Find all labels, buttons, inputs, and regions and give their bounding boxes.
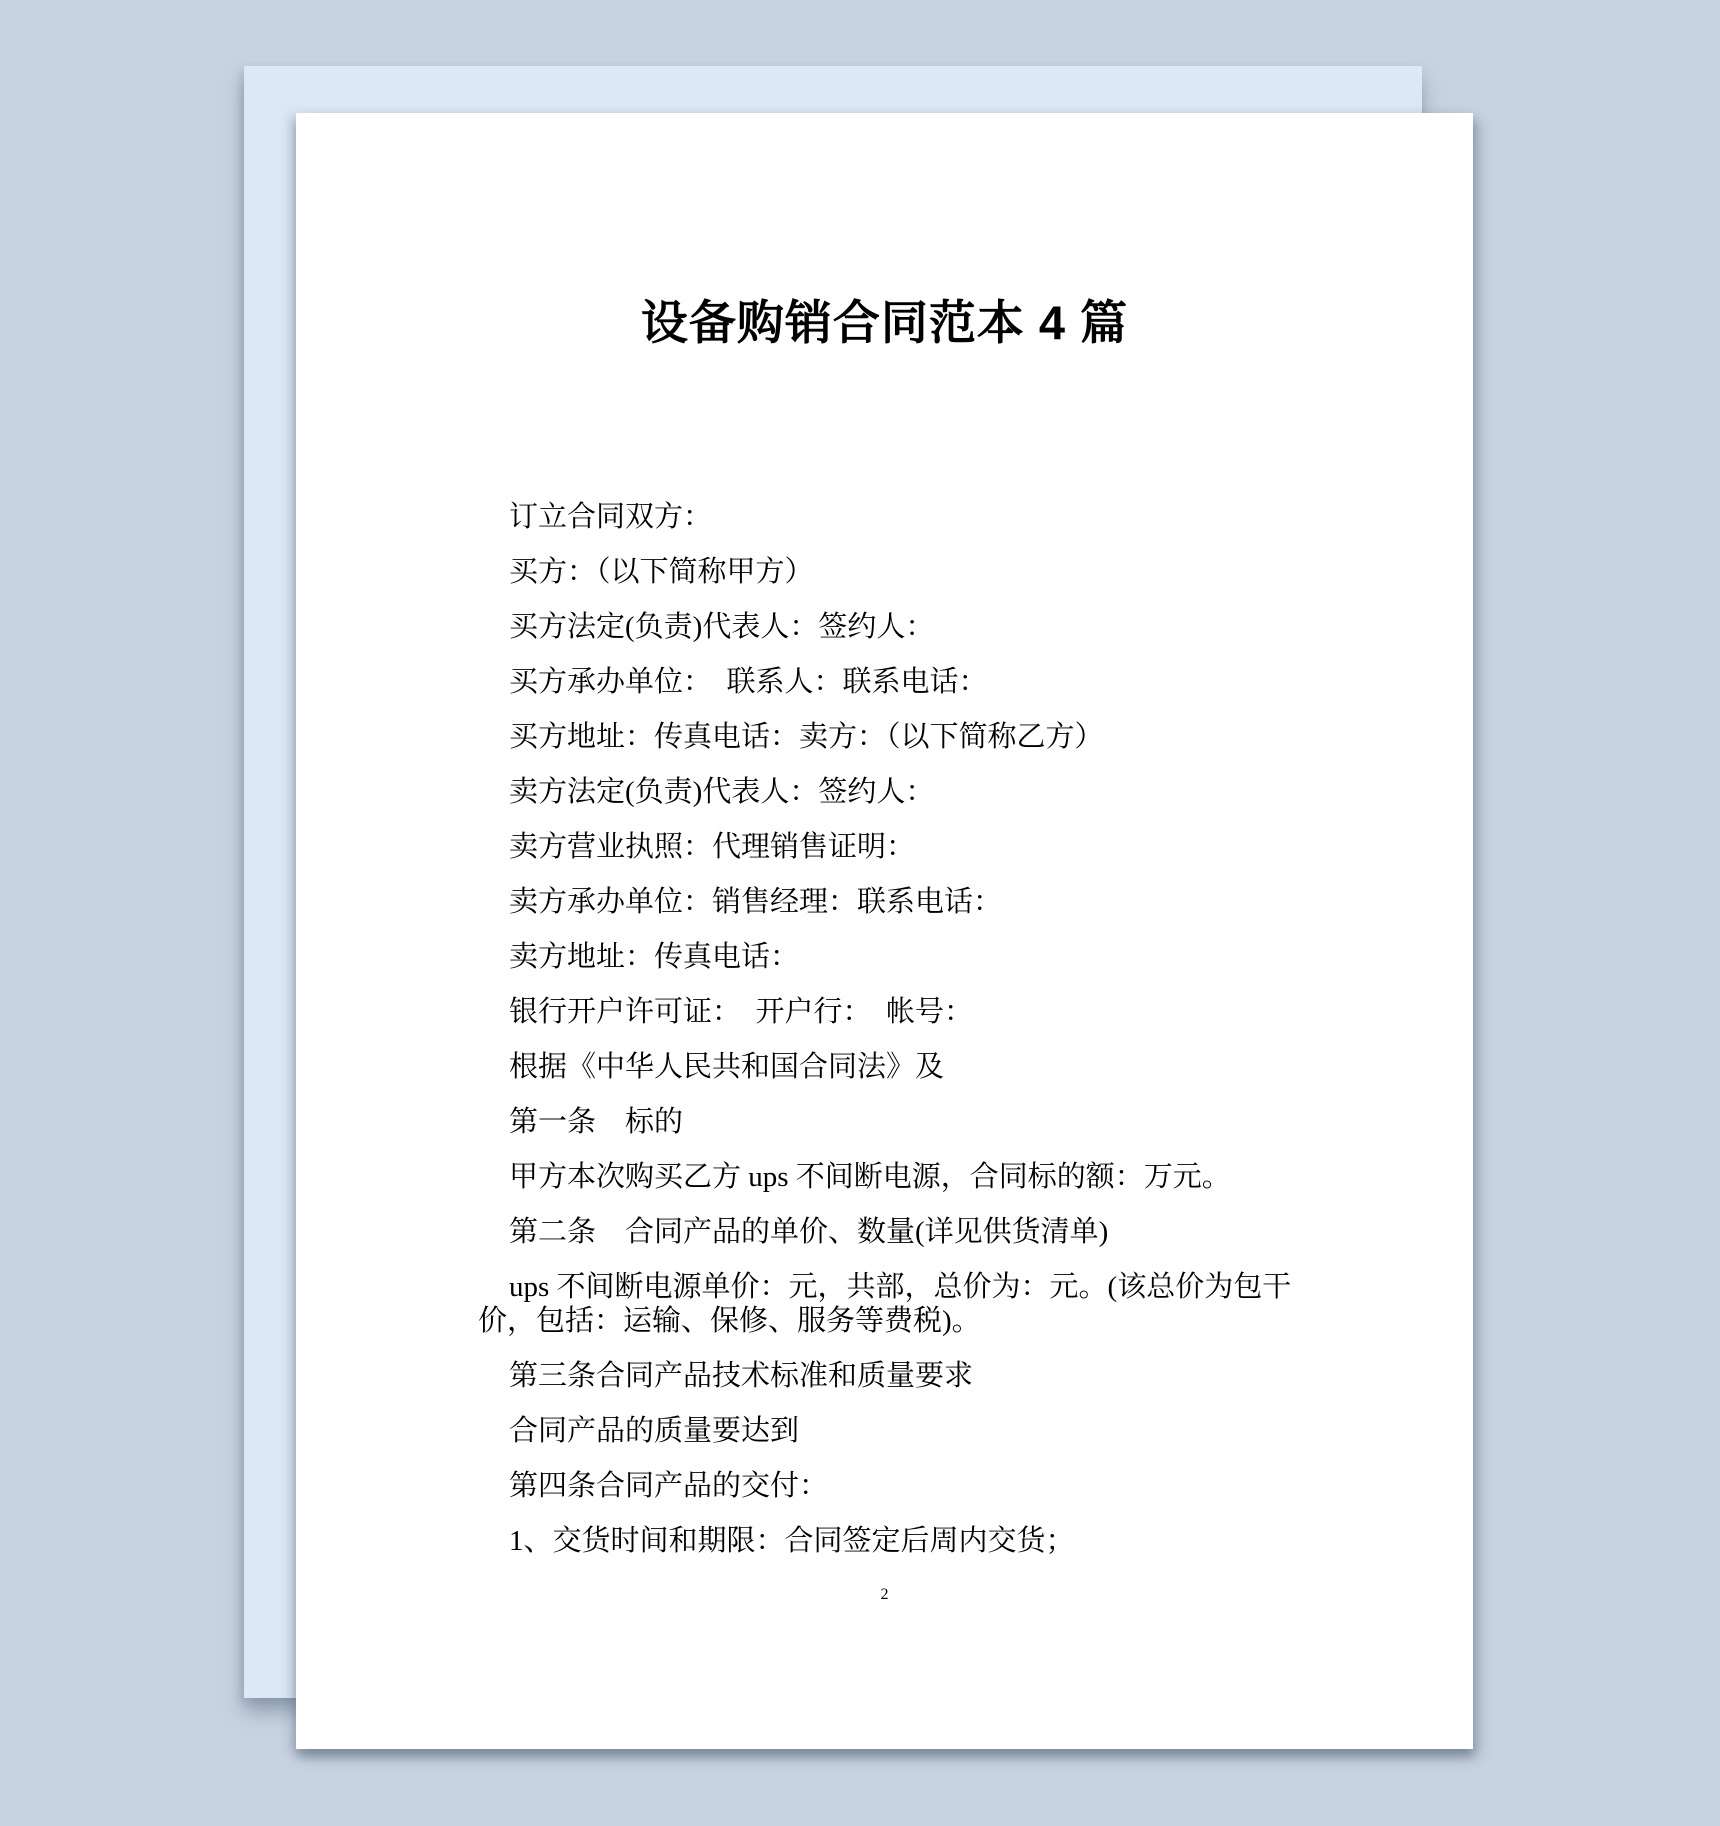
- document-paragraph-line: ups 不间断电源单价：元，共部，总价为：元。(该总价为包干: [478, 1270, 1323, 1304]
- document-paragraph-line: 买方承办单位： 联系人：联系电话：: [478, 665, 1323, 699]
- document-paragraph-line: 第一条 标的: [478, 1105, 1323, 1139]
- document-paragraph-line: 第四条合同产品的交付：: [478, 1469, 1323, 1503]
- document-paragraph-line: 买方：（以下简称甲方）: [478, 555, 1323, 589]
- page-number: 2: [296, 1586, 1473, 1604]
- document-paragraph-line: 卖方法定(负责)代表人：签约人：: [478, 775, 1323, 809]
- document-paragraph-line: 银行开户许可证： 开户行： 帐号：: [478, 995, 1323, 1029]
- desktop-background: 设备购销合同范本 4 篇 订立合同双方：买方：（以下简称甲方）买方法定(负责)代…: [0, 0, 1720, 1826]
- document-paragraph-line: 根据《中华人民共和国合同法》及: [478, 1050, 1323, 1084]
- document-paragraph-line: 合同产品的质量要达到: [478, 1414, 1323, 1448]
- document-title: 设备购销合同范本 4 篇: [296, 295, 1473, 351]
- document-page: 设备购销合同范本 4 篇 订立合同双方：买方：（以下简称甲方）买方法定(负责)代…: [296, 113, 1473, 1749]
- document-paragraph-line: 卖方承办单位：销售经理：联系电话：: [478, 885, 1323, 919]
- document-paragraph-line: 卖方营业执照：代理销售证明：: [478, 830, 1323, 864]
- document-paragraph-line: 1、交货时间和期限：合同签定后周内交货；: [478, 1524, 1323, 1558]
- document-paragraph-line: 甲方本次购买乙方 ups 不间断电源，合同标的额：万元。: [478, 1160, 1323, 1194]
- document-paragraph-line: 买方法定(负责)代表人：签约人：: [478, 610, 1323, 644]
- document-paragraph-line: 买方地址：传真电话：卖方：（以下简称乙方）: [478, 720, 1323, 754]
- document-paragraph-line: 第二条 合同产品的单价、数量(详见供货清单): [478, 1215, 1323, 1249]
- document-paragraph-line: 价，包括：运输、保修、服务等费税)。: [478, 1304, 1323, 1338]
- document-paragraph-line: 第三条合同产品技术标准和质量要求: [478, 1359, 1323, 1393]
- document-body: 订立合同双方：买方：（以下简称甲方）买方法定(负责)代表人：签约人：买方承办单位…: [296, 500, 1473, 1558]
- document-paragraph-line: 订立合同双方：: [478, 500, 1323, 534]
- document-paragraph-line: 卖方地址：传真电话：: [478, 940, 1323, 974]
